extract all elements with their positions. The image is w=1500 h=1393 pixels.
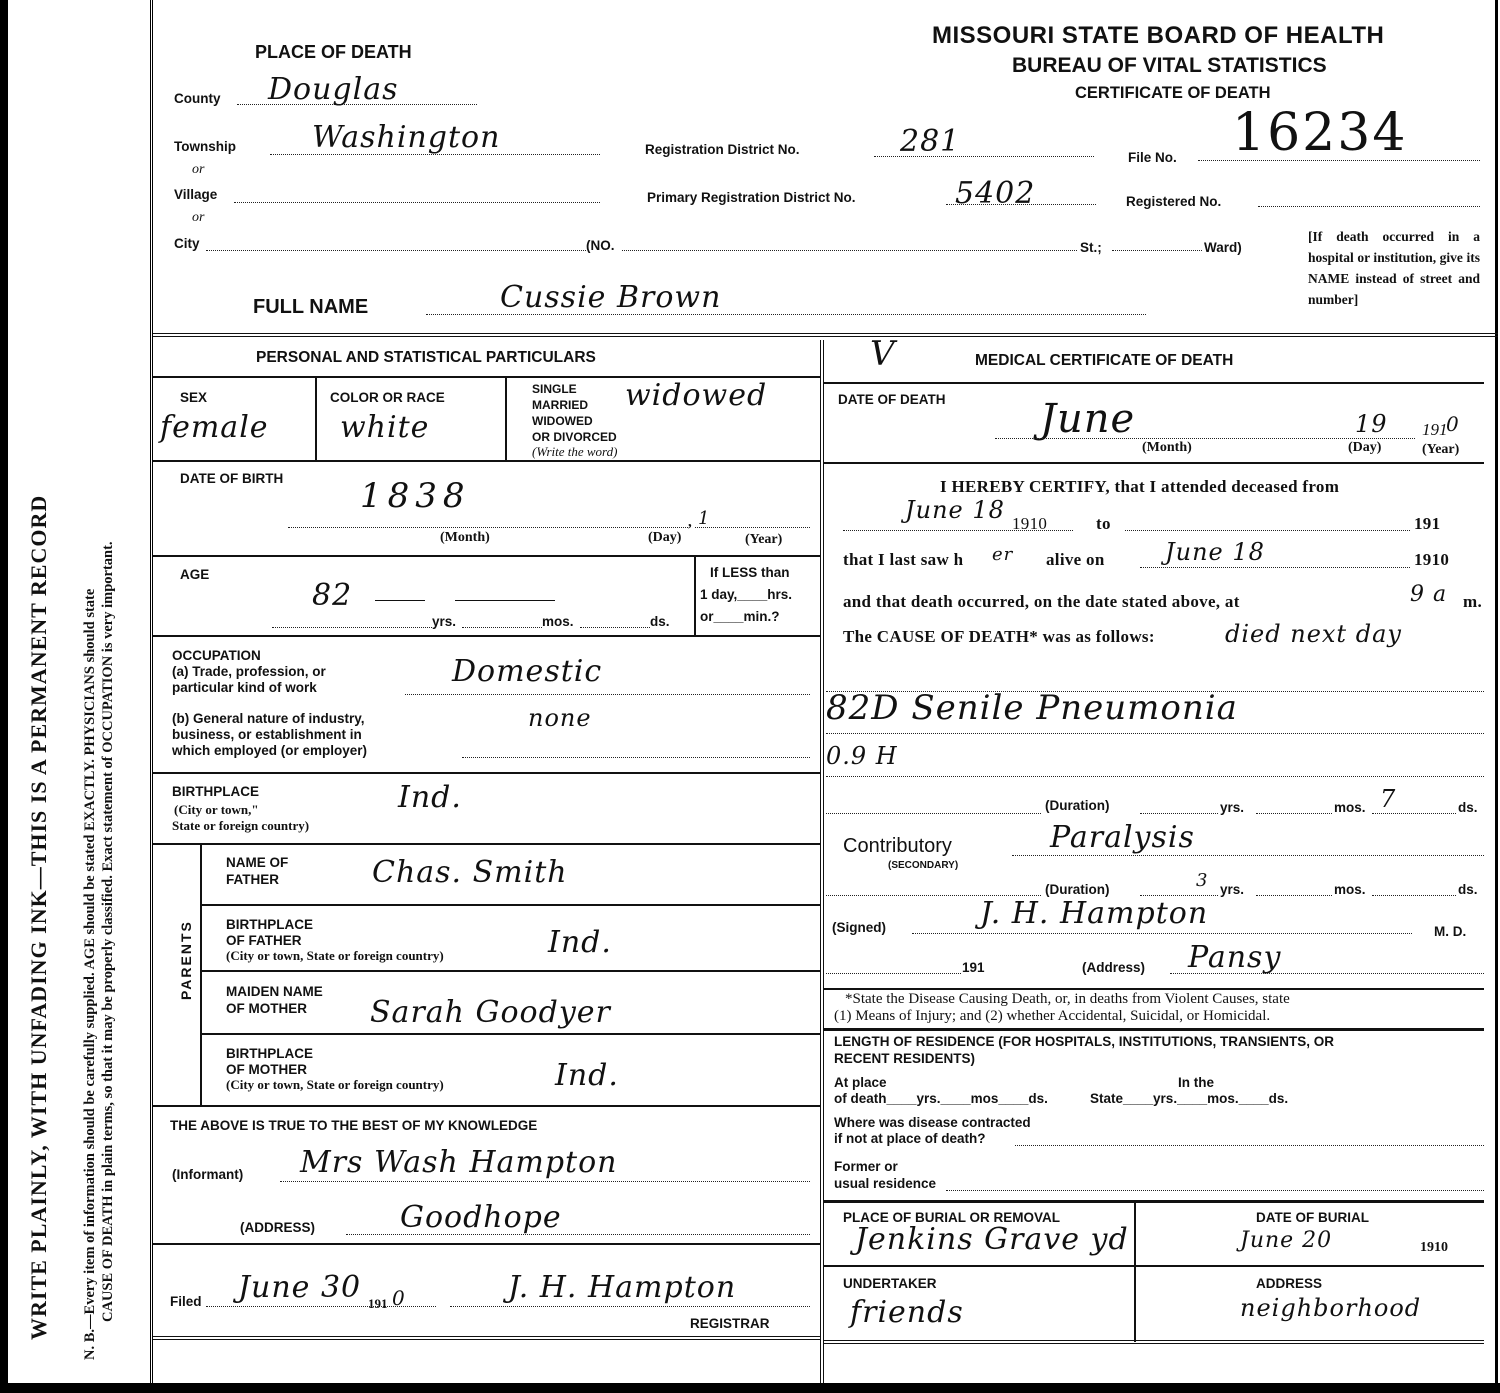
undertaker-field[interactable]: friends <box>850 1295 964 1330</box>
undertaker-address-field[interactable]: neighborhood <box>1240 1294 1421 1322</box>
burial-date-label: DATE OF BURIAL <box>1256 1210 1369 1225</box>
file-no-label: File No. <box>1128 150 1177 165</box>
burial-date-field[interactable]: June 20 <box>1240 1228 1332 1253</box>
personal-heading: PERSONAL AND STATISTICAL PARTICULARS <box>256 349 596 367</box>
mother-maiden-name-field[interactable]: Sarah Goodyer <box>370 995 611 1030</box>
bureau-title: BUREAU OF VITAL STATISTICS <box>1012 54 1327 78</box>
side-margin-notes: WRITE PLAINLY, WITH UNFADING INK—THIS IS… <box>14 20 124 1380</box>
place-of-death-heading: PLACE OF DEATH <box>255 42 412 63</box>
pronoun-field[interactable]: er <box>992 544 1013 565</box>
informant-field[interactable]: Mrs Wash Hampton <box>300 1145 618 1180</box>
filed-label: Filed <box>170 1294 202 1309</box>
occupation-field[interactable]: Domestic <box>452 654 602 689</box>
time-of-death-field[interactable]: 9 a <box>1410 582 1447 607</box>
burial-place-field[interactable]: Jenkins Grave yd <box>855 1222 1129 1257</box>
nb-note-line2: CAUSE OF DEATH in plain terms, so that i… <box>100 541 117 1322</box>
race-field[interactable]: white <box>340 410 429 445</box>
ward-field[interactable] <box>1112 250 1202 251</box>
duration-mos-field[interactable] <box>1256 813 1332 814</box>
contrib-duration-days-field[interactable] <box>1372 895 1456 896</box>
full-name-label: FULL NAME <box>253 296 368 319</box>
file-number: 16234 <box>1232 103 1407 163</box>
father-name-field[interactable]: Chas. Smith <box>372 855 568 890</box>
certificate-title: CERTIFICATE OF DEATH <box>1075 84 1271 103</box>
in-state-field[interactable]: State____yrs.____mos.____ds. <box>1090 1091 1288 1106</box>
filed-date-field[interactable]: June 30 <box>238 1270 361 1305</box>
at-place-of-death-field[interactable]: of death____yrs.____mos____ds. <box>834 1091 1048 1106</box>
sex-field[interactable]: female <box>160 410 269 445</box>
cause-of-death-line2[interactable]: 0.9 H <box>826 742 898 770</box>
medical-heading: MEDICAL CERTIFICATE OF DEATH <box>975 352 1233 370</box>
city-label: City <box>174 236 200 251</box>
city-field[interactable] <box>206 250 586 251</box>
age-label: AGE <box>180 567 209 582</box>
informant-address-label: (ADDRESS) <box>240 1220 315 1235</box>
attended-from-field[interactable]: June 18 <box>905 496 1005 524</box>
hospital-note: [If death occurred in a hospital or inst… <box>1308 226 1480 310</box>
attended-to-field[interactable] <box>1125 530 1410 531</box>
physician-address-field[interactable]: Pansy <box>1188 940 1281 975</box>
death-day-field[interactable]: 19 <box>1355 410 1388 438</box>
reg-district-label: Registration District No. <box>645 142 800 157</box>
former-residence-field[interactable] <box>946 1190 1484 1191</box>
date-of-birth-label: DATE OF BIRTH <box>180 471 283 486</box>
registered-no-field[interactable] <box>1258 206 1480 207</box>
disease-contracted-field[interactable] <box>1015 1145 1484 1146</box>
village-field[interactable] <box>234 202 600 203</box>
occupation-label: OCCUPATION <box>172 648 261 663</box>
check-mark: V <box>870 334 896 374</box>
birthplace-field[interactable]: Ind. <box>398 780 462 815</box>
contributory-field[interactable]: Paralysis <box>1050 820 1195 855</box>
filed-year-field[interactable]: 0 <box>392 1286 406 1310</box>
township-field[interactable]: Washington <box>312 120 500 155</box>
cause-note-field[interactable]: died next day <box>1225 620 1402 648</box>
age-months-field[interactable] <box>375 600 425 601</box>
less-than-hours[interactable]: 1 day,____hrs. <box>700 587 792 602</box>
footnote-line1: *State the Disease Causing Death, or, in… <box>845 991 1290 1008</box>
birth-month-field[interactable]: 1838 <box>360 476 471 516</box>
board-title: MISSOURI STATE BOARD OF HEALTH <box>932 22 1384 50</box>
center-divider <box>820 340 824 1383</box>
registrar-label: REGISTRAR <box>690 1316 770 1331</box>
birth-year-field[interactable]: 1 <box>698 508 710 529</box>
footnote-line2: (1) Means of Injury; and (2) whether Acc… <box>834 1008 1270 1025</box>
birthplace-label: BIRTHPLACE <box>172 784 259 799</box>
contributory-label: Contributory <box>843 835 952 858</box>
permanent-record-notice: WRITE PLAINLY, WITH UNFADING INK—THIS IS… <box>26 495 52 1340</box>
cause-of-death-label: The CAUSE OF DEATH* was as follows: <box>843 627 1155 647</box>
age-days-field[interactable] <box>455 600 555 601</box>
sex-label: SEX <box>180 390 207 405</box>
marital-status-field[interactable]: widowed <box>625 378 767 413</box>
true-statement: THE ABOVE IS TRUE TO THE BEST OF MY KNOW… <box>170 1118 537 1133</box>
father-birthplace-field[interactable]: Ind. <box>548 925 612 960</box>
scan-edge-left <box>0 0 8 1393</box>
undertaker-label: UNDERTAKER <box>843 1276 937 1291</box>
contrib-duration-yrs-field[interactable]: 3 <box>1196 870 1208 891</box>
registered-no-label: Registered No. <box>1126 194 1221 209</box>
mother-birthplace-field[interactable]: Ind. <box>555 1058 619 1093</box>
reg-district-field[interactable]: 281 <box>900 124 960 159</box>
county-field[interactable]: Douglas <box>268 72 399 107</box>
last-saw-year: 1910 <box>1414 550 1449 570</box>
primary-district-field[interactable]: 5402 <box>955 176 1035 211</box>
physician-signature[interactable]: J. H. Hampton <box>980 896 1208 931</box>
undertaker-address-label: ADDRESS <box>1256 1276 1322 1291</box>
date-of-death-label: DATE OF DEATH <box>838 392 946 407</box>
duration-days-field[interactable]: 7 <box>1380 785 1396 813</box>
cause-of-death-field[interactable]: 82D Senile Pneumonia <box>826 688 1238 728</box>
death-month-field[interactable]: June <box>1040 396 1135 442</box>
death-year-field[interactable]: 0 <box>1446 412 1460 436</box>
primary-district-label: Primary Registration District No. <box>647 190 856 205</box>
less-than-minutes[interactable]: or____min.? <box>700 609 780 624</box>
burial-year: 1910 <box>1420 1240 1448 1256</box>
contrib-duration-mos-field[interactable] <box>1256 895 1332 896</box>
registrar-signature[interactable]: J. H. Hampton <box>508 1270 736 1305</box>
scan-edge-bottom <box>0 1383 1500 1393</box>
residence-heading: LENGTH OF RESIDENCE (FOR HOSPITALS, INST… <box>834 1034 1334 1049</box>
parents-label: PARENTS <box>178 920 194 1000</box>
industry-field[interactable]: none <box>528 704 592 732</box>
county-label: County <box>174 91 221 106</box>
street-field[interactable] <box>622 250 1077 251</box>
signed-label: (Signed) <box>832 920 886 935</box>
race-label: COLOR OR RACE <box>330 390 445 405</box>
nb-note-line1: N. B.—Every item of information should b… <box>82 589 99 1360</box>
informant-address-field[interactable]: Goodhope <box>400 1200 562 1235</box>
village-label: Village <box>174 187 217 202</box>
duration-yrs-field[interactable] <box>1140 813 1218 814</box>
certify-statement: I HEREBY CERTIFY, that I attended deceas… <box>940 477 1339 497</box>
full-name-field[interactable]: Cussie Brown <box>500 280 721 315</box>
age-years-field[interactable]: 82 <box>312 578 352 613</box>
informant-label: (Informant) <box>172 1167 243 1182</box>
last-saw-date-field[interactable]: June 18 <box>1165 538 1265 566</box>
township-label: Township <box>174 139 236 154</box>
